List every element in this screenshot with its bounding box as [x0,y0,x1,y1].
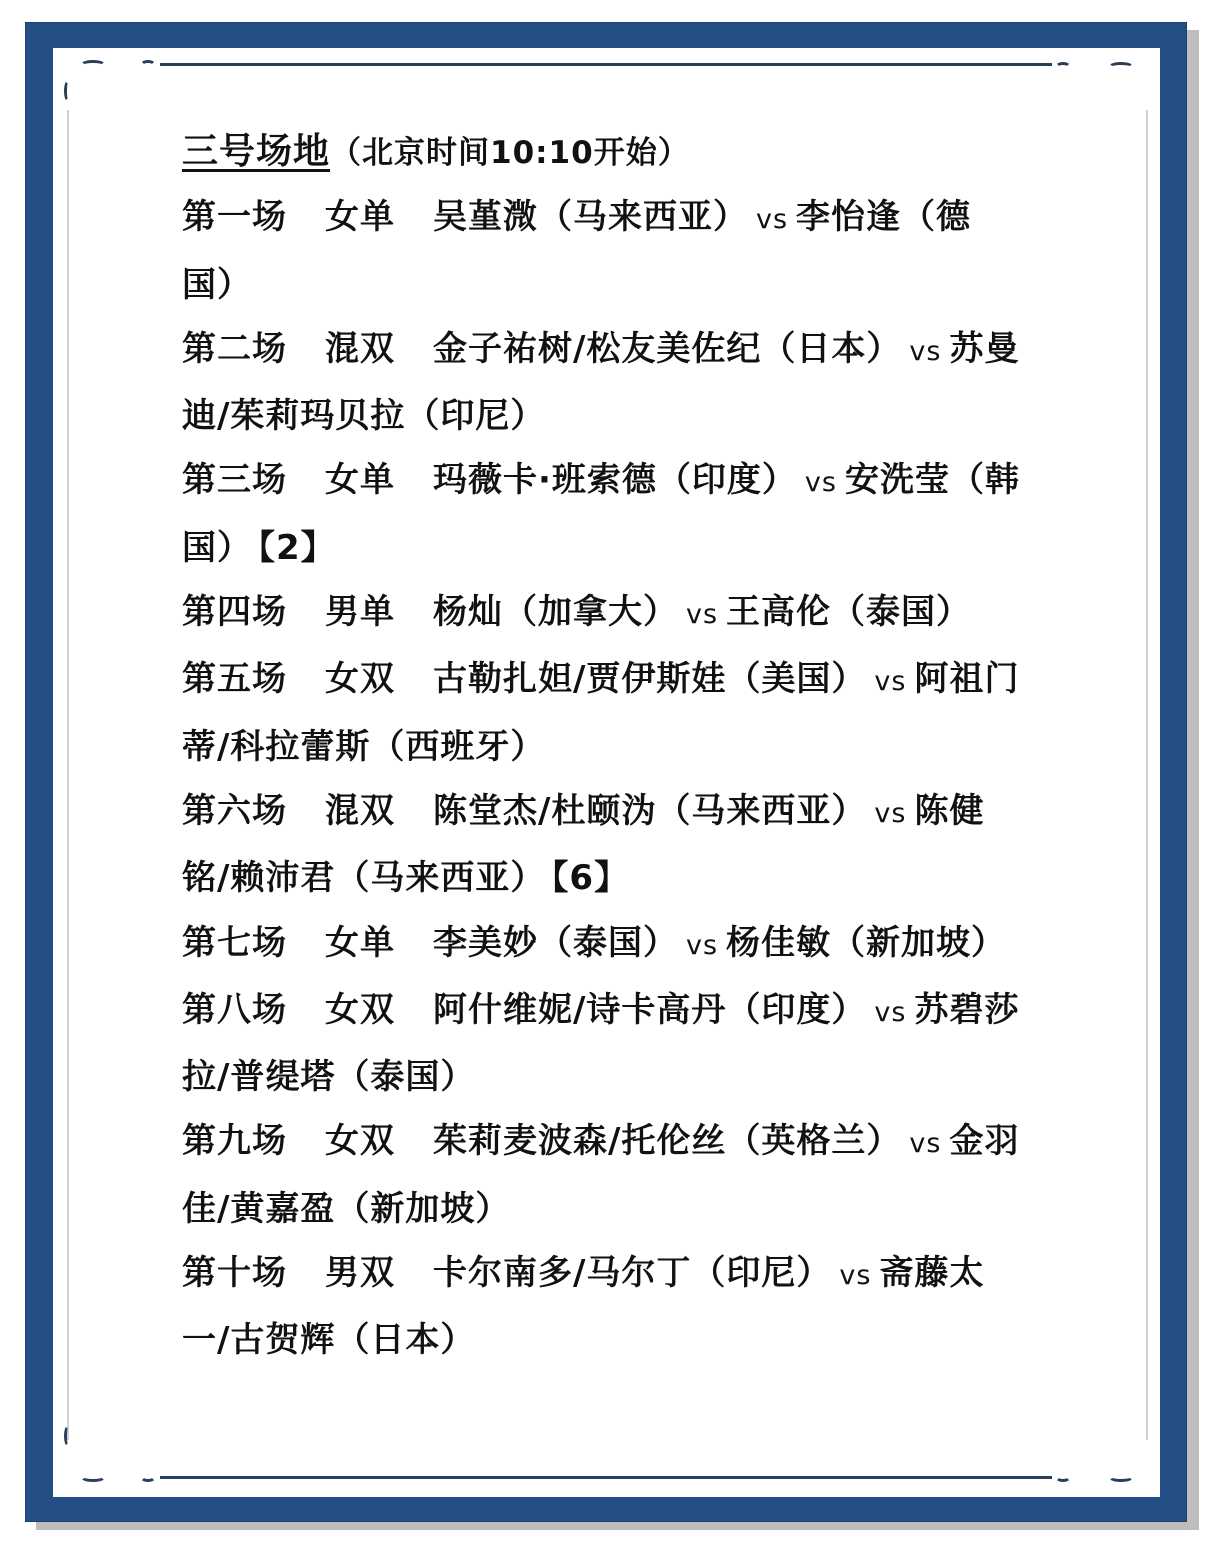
match-entry: 第一场女单吴堇溦（马来西亚）vs李怡逢（德国） [182,185,1022,317]
vs-label: vs [874,798,906,829]
match-event: 女单 [325,923,395,963]
corner-flourish-icon [1108,1472,1134,1482]
match-order: 第四场 [182,592,287,632]
corner-flourish-icon [140,60,156,70]
match-side-a: 杨灿（加拿大） [433,592,678,632]
match-order: 第十场 [182,1253,287,1293]
match-order: 第八场 [182,990,287,1030]
vs-label: vs [874,666,906,697]
match-side-a: 阿什维妮/诗卡高丹（印度） [433,990,866,1030]
match-event: 女双 [325,1121,395,1161]
match-order: 第三场 [182,460,287,500]
venue-title: 三号场地 [182,131,330,172]
match-entry: 第九场女双茱莉麦波森/托伦丝（英格兰）vs金羽佳/黄嘉盈（新加坡） [182,1109,1022,1241]
match-side-a: 吴堇溦（马来西亚） [433,197,748,237]
match-side-a: 李美妙（泰国） [433,923,678,963]
match-entry: 第六场混双陈堂杰/杜颐沩（马来西亚）vs陈健铭/赖沛君（马来西亚）【6】 [182,779,1022,911]
match-event: 混双 [325,791,395,831]
match-entry: 第二场混双金子祐树/松友美佐纪（日本）vs苏曼迪/茱莉玛贝拉（印尼） [182,317,1022,449]
corner-flourish-icon [80,1472,106,1482]
match-side-b: 杨佳敏（新加坡） [726,923,1006,963]
bottom-decorative-rule [160,1476,1052,1479]
match-event: 女单 [325,460,395,500]
vs-label: vs [686,930,718,961]
match-event: 女单 [325,197,395,237]
schedule-document: 三号场地（北京时间10:10开始） 第一场女单吴堇溦（马来西亚）vs李怡逢（德国… [182,120,1022,1373]
right-faint-rule [1146,110,1148,1440]
match-event: 男双 [325,1253,395,1293]
match-order: 第二场 [182,329,287,369]
start-time: （北京时间10:10开始） [330,135,690,171]
match-entry: 第三场女单玛薇卡·班索德（印度）vs安洗莹（韩国）【2】 [182,448,1022,580]
vs-label: vs [756,204,788,235]
match-entry: 第十场男双卡尔南多/马尔丁（印尼）vs斋藤太一/古贺辉（日本） [182,1241,1022,1373]
corner-flourish-icon [80,60,106,70]
match-seed: 【2】 [258,528,336,568]
match-order: 第一场 [182,197,287,237]
match-side-a: 古勒扎妲/贾伊斯娃（美国） [433,659,866,699]
match-side-a: 卡尔南多/马尔丁（印尼） [433,1253,831,1293]
match-seed: 【6】 [551,858,629,898]
corner-flourish-icon [140,1472,156,1482]
vs-label: vs [686,599,718,630]
match-order: 第五场 [182,659,287,699]
vs-label: vs [839,1260,871,1291]
top-decorative-rule [160,63,1052,66]
match-side-a: 玛薇卡·班索德（印度） [433,460,797,500]
match-side-a: 茱莉麦波森/托伦丝（英格兰） [433,1121,901,1161]
match-side-a: 陈堂杰/杜颐沩（马来西亚） [433,791,866,831]
match-entry: 第五场女双古勒扎妲/贾伊斯娃（美国）vs阿祖门蒂/科拉蕾斯（西班牙） [182,647,1022,779]
match-side-b: 王高伦（泰国） [726,592,971,632]
side-flourish-icon [64,80,72,102]
match-event: 女双 [325,659,395,699]
side-flourish-icon [64,1425,72,1447]
match-order: 第七场 [182,923,287,963]
corner-flourish-icon [1108,62,1134,72]
match-order: 第六场 [182,791,287,831]
vs-label: vs [909,336,941,367]
vs-label: vs [909,1128,941,1159]
schedule-heading: 三号场地（北京时间10:10开始） [182,120,1022,185]
vs-label: vs [874,997,906,1028]
match-entry: 第八场女双阿什维妮/诗卡高丹（印度）vs苏碧莎拉/普缇塔（泰国） [182,978,1022,1110]
match-side-a: 金子祐树/松友美佐纪（日本） [433,329,901,369]
match-event: 混双 [325,329,395,369]
left-faint-rule [67,110,69,1440]
corner-flourish-icon [1055,1472,1071,1482]
match-entry: 第七场女单李美妙（泰国）vs杨佳敏（新加坡） [182,911,1022,978]
match-event: 女双 [325,990,395,1030]
vs-label: vs [805,467,837,498]
match-event: 男单 [325,592,395,632]
match-order: 第九场 [182,1121,287,1161]
corner-flourish-icon [1055,62,1071,72]
match-entry: 第四场男单杨灿（加拿大）vs王高伦（泰国） [182,580,1022,647]
